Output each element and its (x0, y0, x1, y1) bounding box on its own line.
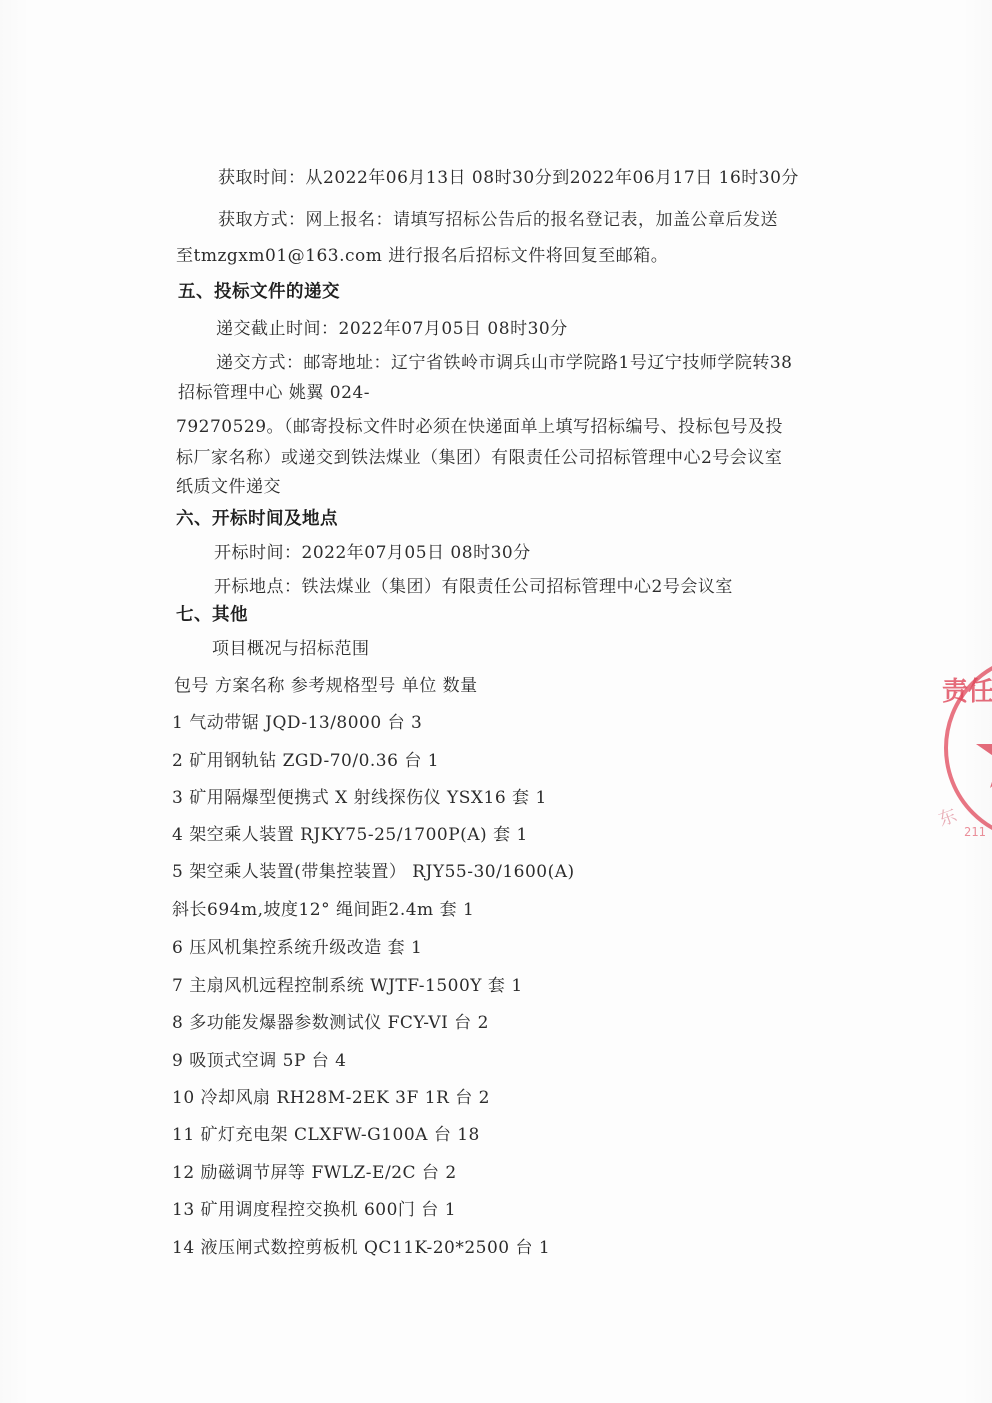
section-7-heading: 七、其他 (176, 604, 248, 626)
submission-method-text-5: 纸质文件递交 (176, 476, 281, 498)
item-row: 8 多功能发爆器参数测试仪 FCY-VI 台 2 (172, 1012, 489, 1034)
company-seal-stamp: 责任公 东 211 (938, 648, 992, 848)
item-row: 2 矿用钢轨钻 ZGD-70/0.36 台 1 (172, 750, 439, 772)
bid-opening-place-text: 开标地点：铁法煤业（集团）有限责任公司招标管理中心2号会议室 (214, 576, 733, 598)
item-row: 1 气动带锯 JQD-13/8000 台 3 (172, 712, 422, 734)
item-row: 7 主扇风机远程控制系统 WJTF-1500Y 套 1 (172, 975, 523, 997)
submission-method-text-3: 79270529。（邮寄投标文件时必须在快递面单上填写招标编号、投标包号及投 (176, 416, 783, 438)
item-row: 4 架空乘人装置 RJKY75-25/1700P(A) 套 1 (172, 824, 528, 846)
bid-opening-time-text: 开标时间：2022年07月05日 08时30分 (214, 542, 531, 564)
section-6-heading: 六、开标时间及地点 (176, 508, 338, 530)
project-overview-subheading: 项目概况与招标范围 (212, 638, 370, 660)
acquire-method-text-cont: 至tmzgxm01@163.com 进行报名后招标文件将回复至邮箱。 (176, 245, 668, 267)
seal-icon: 责任公 东 211 (938, 648, 992, 848)
submission-method-text-2: 招标管理中心 姚翼 024- (178, 382, 370, 404)
acquire-method-text: 获取方式：网上报名：请填写招标公告后的报名登记表，加盖公章后发送 (218, 209, 778, 231)
item-row: 12 励磁调节屏等 FWLZ-E/2C 台 2 (172, 1162, 457, 1184)
item-row: 13 矿用调度程控交换机 600门 台 1 (172, 1199, 456, 1221)
svg-text:东: 东 (938, 805, 960, 831)
item-row: 6 压风机集控系统升级改造 套 1 (172, 937, 422, 959)
item-row: 14 液压闸式数控剪板机 QC11K-20*2500 台 1 (172, 1237, 550, 1259)
submission-method-text-4: 标厂家名称）或递交到铁法煤业（集团）有限责任公司招标管理中心2号会议室 (176, 447, 782, 469)
items-table-header: 包号 方案名称 参考规格型号 单位 数量 (174, 675, 478, 697)
item-row: 11 矿灯充电架 CLXFW-G100A 台 18 (172, 1124, 480, 1146)
svg-text:责任公: 责任公 (942, 677, 992, 707)
item-row: 5 架空乘人装置(带集控装置） RJY55-30/1600(A) (172, 861, 575, 883)
item-row-continuation: 斜长694m,坡度12° 绳间距2.4m 套 1 (172, 899, 474, 921)
item-row: 10 冷却风扇 RH28M-2EK 3F 1R 台 2 (172, 1087, 490, 1109)
section-5-heading: 五、投标文件的递交 (178, 281, 340, 303)
submission-deadline-text: 递交截止时间：2022年07月05日 08时30分 (216, 318, 568, 340)
item-row: 3 矿用隔爆型便携式 X 射线探伤仪 YSX16 套 1 (172, 787, 547, 809)
svg-text:211: 211 (964, 825, 986, 839)
item-row: 9 吸顶式空调 5P 台 4 (172, 1050, 347, 1072)
document-page: 获取时间：从2022年06月13日 08时30分到2022年06月17日 16时… (0, 0, 992, 1403)
acquire-time-text: 获取时间：从2022年06月13日 08时30分到2022年06月17日 16时… (218, 167, 799, 189)
submission-method-text: 递交方式：邮寄地址：辽宁省铁岭市调兵山市学院路1号辽宁技师学院转38 (216, 352, 792, 374)
